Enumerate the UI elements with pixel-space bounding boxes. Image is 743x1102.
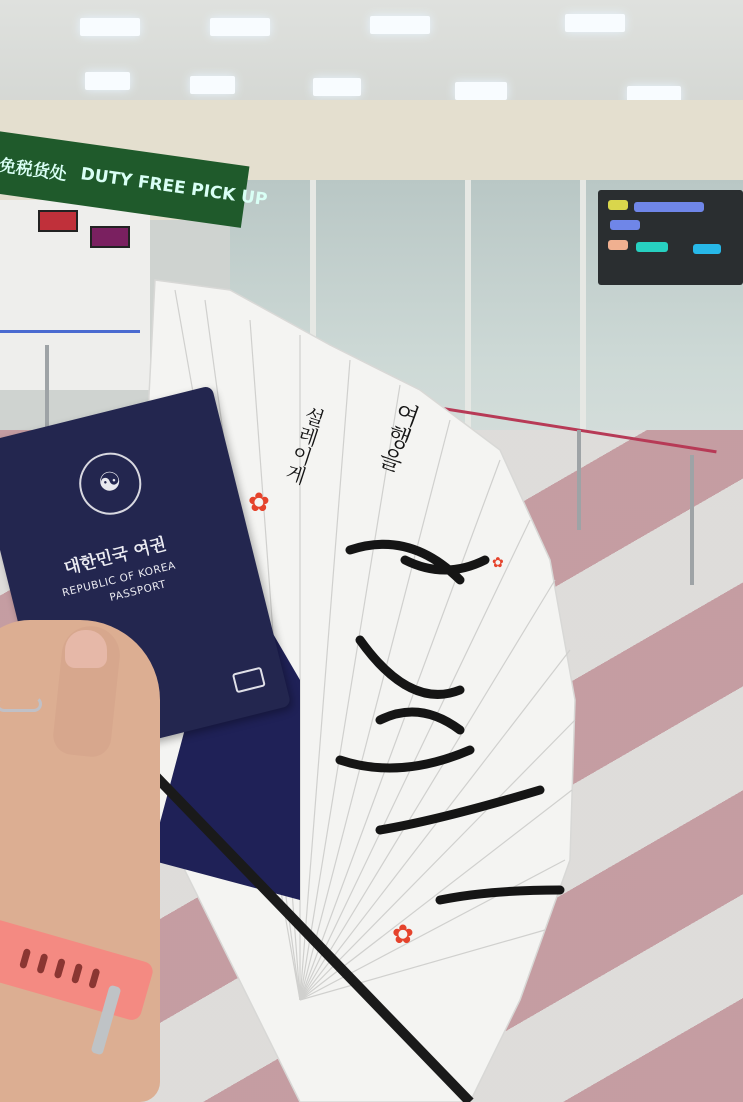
- thumbnail: [65, 630, 107, 668]
- blossom-icon: ✿: [392, 920, 414, 950]
- watch-hole: [19, 948, 31, 969]
- watch-hole: [54, 958, 66, 979]
- blossom-icon: ✿: [248, 488, 270, 518]
- ring: [0, 696, 42, 712]
- watch-hole: [36, 953, 48, 974]
- blossom-icon: ✿: [492, 555, 504, 571]
- watch-hole: [88, 968, 100, 989]
- national-emblem-icon: ☯: [73, 446, 148, 521]
- watch-hole: [71, 963, 83, 984]
- photo-scene: 免税货处 DUTY FREE PICK UP: [0, 0, 743, 1102]
- biometric-chip-icon: [232, 667, 266, 694]
